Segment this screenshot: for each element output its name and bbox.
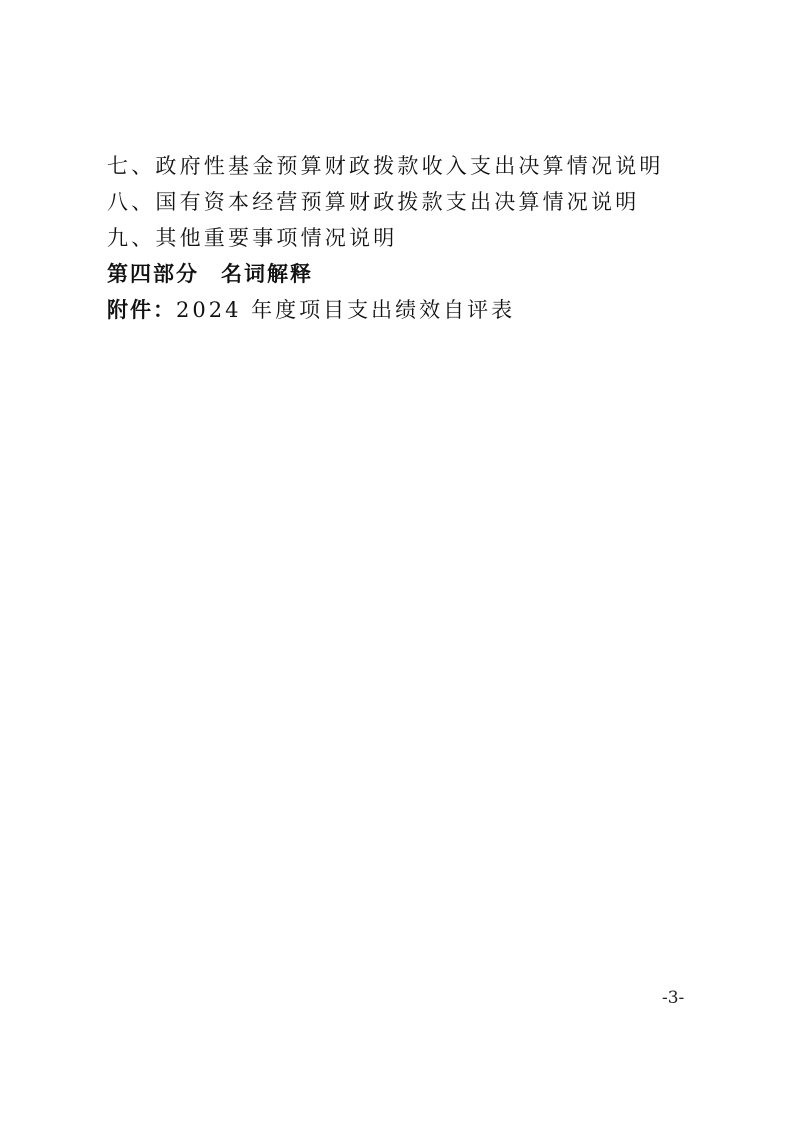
part-four-title: 名词解释 [221, 262, 313, 286]
document-page: 七、政府性基金预算财政拨款收入支出决算情况说明 八、国有资本经营预算财政拨款支出… [0, 0, 793, 1122]
toc-part-four-heading: 第四部分名词解释 [107, 256, 707, 292]
attachment-label: 附件： [107, 298, 176, 322]
part-four-label: 第四部分 [107, 262, 199, 286]
toc-item-7: 七、政府性基金预算财政拨款收入支出决算情况说明 [107, 148, 707, 184]
toc-item-8: 八、国有资本经营预算财政拨款支出决算情况说明 [107, 184, 707, 220]
toc-attachment: 附件：2024 年度项目支出绩效自评表 [107, 292, 707, 328]
page-number: -3- [662, 988, 684, 1008]
attachment-text: 2024 年度项目支出绩效自评表 [176, 298, 515, 322]
toc-item-9: 九、其他重要事项情况说明 [107, 220, 707, 256]
table-of-contents: 七、政府性基金预算财政拨款收入支出决算情况说明 八、国有资本经营预算财政拨款支出… [107, 148, 707, 328]
